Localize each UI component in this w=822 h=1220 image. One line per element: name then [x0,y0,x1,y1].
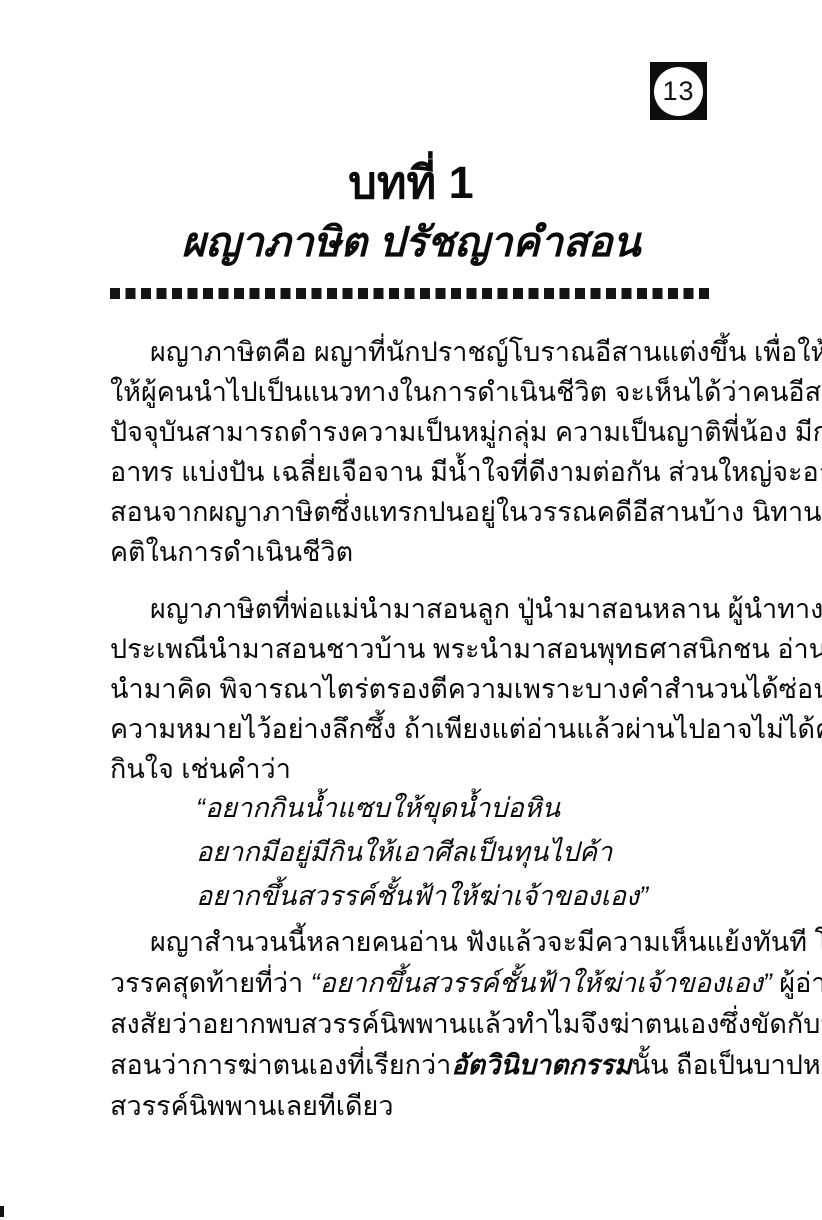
text-line: ปัจจุบันสามารถดำรงความเป็นหมู่กลุ่ม ความ… [110,412,716,452]
text-line: นำมาคิด พิจารณาไตร่ตรองตีความเพราะบางคำส… [110,669,716,709]
text-line: สอนจากผญาภาษิตซึ่งแทรกปนอยู่ในวรรณคดีอีส… [110,492,716,532]
paragraph-2: ผญาภาษิตที่พ่อแม่นำมาสอนลูก ปู่นำมาสอนหล… [110,589,716,789]
text-line: ผญาภาษิตที่พ่อแม่นำมาสอนลูก ปู่นำมาสอนหล… [110,589,716,629]
chapter-subtitle: ผญาภาษิต ปรัชญาคำสอน [0,220,822,265]
emphasized-term: อัตวินิบาตกรรม [451,1050,631,1080]
page-number-circle: 13 [654,67,703,116]
page-number: 13 [662,76,694,107]
paragraph-1: ผญาภาษิตคือ ผญาที่นักปราชญ์โบราณอีสานแต่… [110,332,716,572]
proverb-quote: “อยากกินน้ำแซบให้ขุดน้ำบ่อหิน อยากมีอยู่… [196,786,716,918]
text-run: วรรคสุดท้ายที่ว่า [110,968,311,998]
text-line: ความหมายไว้อย่างลึกซึ้ง ถ้าเพียงแต่อ่านแ… [110,709,716,749]
paragraph-3: ผญาสำนวนนี้หลายคนอ่าน ฟังแล้วจะมีความเห็… [110,922,716,1127]
text-line: ผญาภาษิตคือ ผญาที่นักปราชญ์โบราณอีสานแต่… [110,332,716,372]
text-line: วรรคสุดท้ายที่ว่า “อยากขึ้นสวรรค์ชั้นฟ้า… [110,963,716,1004]
text-line: ผญาสำนวนนี้หลายคนอ่าน ฟังแล้วจะมีความเห็… [110,922,716,963]
text-line: สงสัยว่าอยากพบสวรรค์นิพพานแล้วทำไมจึงฆ่า… [110,1004,716,1045]
text-line: ประเพณีนำมาสอนชาวบ้าน พระนำมาสอนพุทธศาสน… [110,629,716,669]
page-number-badge: 13 [650,62,707,120]
text-line: กินใจ เช่นคำว่า [110,749,716,789]
text-line: สวรรค์นิพพานเลยทีเดียว [110,1086,716,1127]
text-line: ให้ผู้คนนำไปเป็นแนวทางในการดำเนินชีวิต จ… [110,372,716,412]
chapter-title: บทที่ 1 [0,158,822,208]
text-run: ผู้อ่านหรือฟังจะ [772,968,822,998]
text-line: อาทร แบ่งปัน เฉลี่ยเจือจาน มีน้ำใจที่ดีง… [110,452,716,492]
quote-line: “อยากกินน้ำแซบให้ขุดน้ำบ่อหิน [196,786,716,830]
dotted-divider [110,288,712,299]
text-run: สอนว่าการฆ่าตนเองที่เรียกว่า [110,1050,451,1080]
text-line: คติในการดำเนินชีวิต [110,532,716,572]
text-line: สอนว่าการฆ่าตนเองที่เรียกว่าอัตวินิบาตกร… [110,1045,716,1086]
quoted-phrase: “อยากขึ้นสวรรค์ชั้นฟ้าให้ฆ่าเจ้าของเอง” [311,968,772,998]
book-page: 13 บทที่ 1 ผญาภาษิต ปรัชญาคำสอน ผญาภาษิต… [0,0,822,1220]
quote-line: อยากขึ้นสวรรค์ชั้นฟ้าให้ฆ่าเจ้าของเอง” [196,874,716,918]
quote-line: อยากมีอยู่มีกินให้เอาศีลเป็นทุนไปค้า [196,830,716,874]
text-run: นั้น ถือเป็นบาปหนัก ถึงขั้นปิด [632,1050,822,1080]
scan-artifact [0,1206,4,1217]
